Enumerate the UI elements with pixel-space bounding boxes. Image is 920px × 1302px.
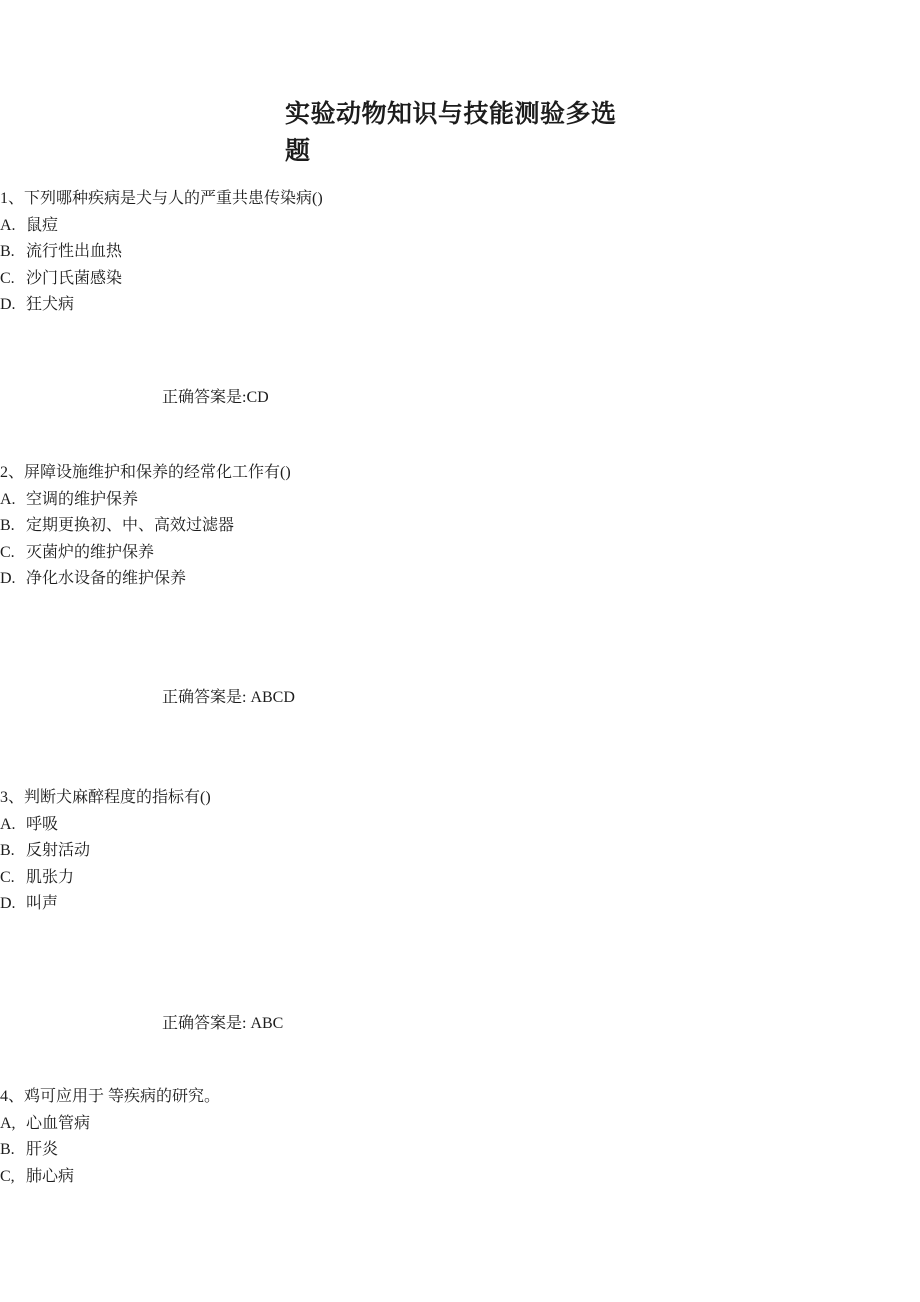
option-label: B. bbox=[0, 239, 26, 266]
question-block-1: 1、下列哪种疾病是犬与人的严重共患传染病() A.鼠痘 B.流行性出血热 C.沙… bbox=[0, 186, 920, 319]
doc-title-line-2: 题 bbox=[285, 133, 617, 170]
option-label: D. bbox=[0, 566, 26, 593]
question-1-option-a: A.鼠痘 bbox=[0, 213, 920, 240]
question-3-option-d: D.叫声 bbox=[0, 891, 920, 918]
question-2-text: 屏障设施维护和保养的经常化工作有() bbox=[24, 464, 291, 481]
option-text: 肺心病 bbox=[26, 1168, 74, 1185]
option-text: 心血管病 bbox=[26, 1115, 90, 1132]
option-text: 流行性出血热 bbox=[26, 243, 122, 260]
option-label: B. bbox=[0, 838, 26, 865]
option-text: 鼠痘 bbox=[26, 217, 58, 234]
question-block-2: 2、屏障设施维护和保养的经常化工作有() A.空调的维护保养 B.定期更换初、中… bbox=[0, 460, 920, 593]
option-text: 肌张力 bbox=[26, 869, 74, 886]
option-label: C. bbox=[0, 865, 26, 892]
doc-title-line-1: 实验动物知识与技能测验多选 bbox=[285, 96, 617, 133]
option-label: A. bbox=[0, 213, 26, 240]
option-label: B. bbox=[0, 513, 26, 540]
answer-line-1: 正确答案是:CD bbox=[162, 385, 269, 412]
option-label: C. bbox=[0, 540, 26, 567]
question-1-option-c: C.沙门氏菌感染 bbox=[0, 266, 920, 293]
option-text: 定期更换初、中、高效过滤器 bbox=[26, 517, 234, 534]
option-text: 净化水设备的维护保养 bbox=[26, 570, 186, 587]
option-label: C, bbox=[0, 1164, 26, 1191]
option-label: B. bbox=[0, 1137, 26, 1164]
option-text: 灭菌炉的维护保养 bbox=[26, 544, 154, 561]
question-2-option-b: B.定期更换初、中、高效过滤器 bbox=[0, 513, 920, 540]
question-block-4: 4、鸡可应用于 等疾病的研究。 A,心血管病 B.肝炎 C,肺心病 bbox=[0, 1084, 920, 1190]
option-text: 空调的维护保养 bbox=[26, 491, 138, 508]
question-2-option-c: C.灭菌炉的维护保养 bbox=[0, 540, 920, 567]
question-2-number: 2、 bbox=[0, 464, 24, 481]
option-text: 呼吸 bbox=[26, 816, 58, 833]
question-3-line: 3、判断犬麻醉程度的指标有() bbox=[0, 785, 920, 812]
question-4-option-c: C,肺心病 bbox=[0, 1164, 920, 1191]
option-text: 沙门氏菌感染 bbox=[26, 270, 122, 287]
answer-line-2: 正确答案是: ABCD bbox=[162, 685, 295, 712]
option-label: D. bbox=[0, 891, 26, 918]
option-label: C. bbox=[0, 266, 26, 293]
option-text: 叫声 bbox=[26, 895, 58, 912]
question-1-option-d: D.狂犬病 bbox=[0, 292, 920, 319]
option-text: 狂犬病 bbox=[26, 296, 74, 313]
question-3-option-c: C.肌张力 bbox=[0, 865, 920, 892]
option-label: A. bbox=[0, 487, 26, 514]
question-3-option-b: B.反射活动 bbox=[0, 838, 920, 865]
question-3-text: 判断犬麻醉程度的指标有() bbox=[24, 789, 211, 806]
question-2-option-a: A.空调的维护保养 bbox=[0, 487, 920, 514]
option-text: 反射活动 bbox=[26, 842, 90, 859]
question-2-option-d: D.净化水设备的维护保养 bbox=[0, 566, 920, 593]
question-1-line: 1、下列哪种疾病是犬与人的严重共患传染病() bbox=[0, 186, 920, 213]
option-text: 肝炎 bbox=[26, 1141, 58, 1158]
question-1-text: 下列哪种疾病是犬与人的严重共患传染病() bbox=[24, 190, 323, 207]
doc-title: 实验动物知识与技能测验多选 题 bbox=[285, 96, 617, 170]
question-3-number: 3、 bbox=[0, 789, 24, 806]
question-block-3: 3、判断犬麻醉程度的指标有() A.呼吸 B.反射活动 C.肌张力 D.叫声 bbox=[0, 785, 920, 918]
answer-line-3: 正确答案是: ABC bbox=[162, 1011, 283, 1038]
question-3-option-a: A.呼吸 bbox=[0, 812, 920, 839]
question-4-option-a: A,心血管病 bbox=[0, 1111, 920, 1138]
question-4-option-b: B.肝炎 bbox=[0, 1137, 920, 1164]
question-4-text: 鸡可应用于 等疾病的研究。 bbox=[24, 1088, 220, 1105]
document-page: 实验动物知识与技能测验多选 题 1、下列哪种疾病是犬与人的严重共患传染病() A… bbox=[0, 0, 920, 1302]
option-label: D. bbox=[0, 292, 26, 319]
question-4-number: 4、 bbox=[0, 1088, 24, 1105]
option-label: A, bbox=[0, 1111, 26, 1138]
question-1-number: 1、 bbox=[0, 190, 24, 207]
option-label: A. bbox=[0, 812, 26, 839]
question-1-option-b: B.流行性出血热 bbox=[0, 239, 920, 266]
question-2-line: 2、屏障设施维护和保养的经常化工作有() bbox=[0, 460, 920, 487]
question-4-line: 4、鸡可应用于 等疾病的研究。 bbox=[0, 1084, 920, 1111]
